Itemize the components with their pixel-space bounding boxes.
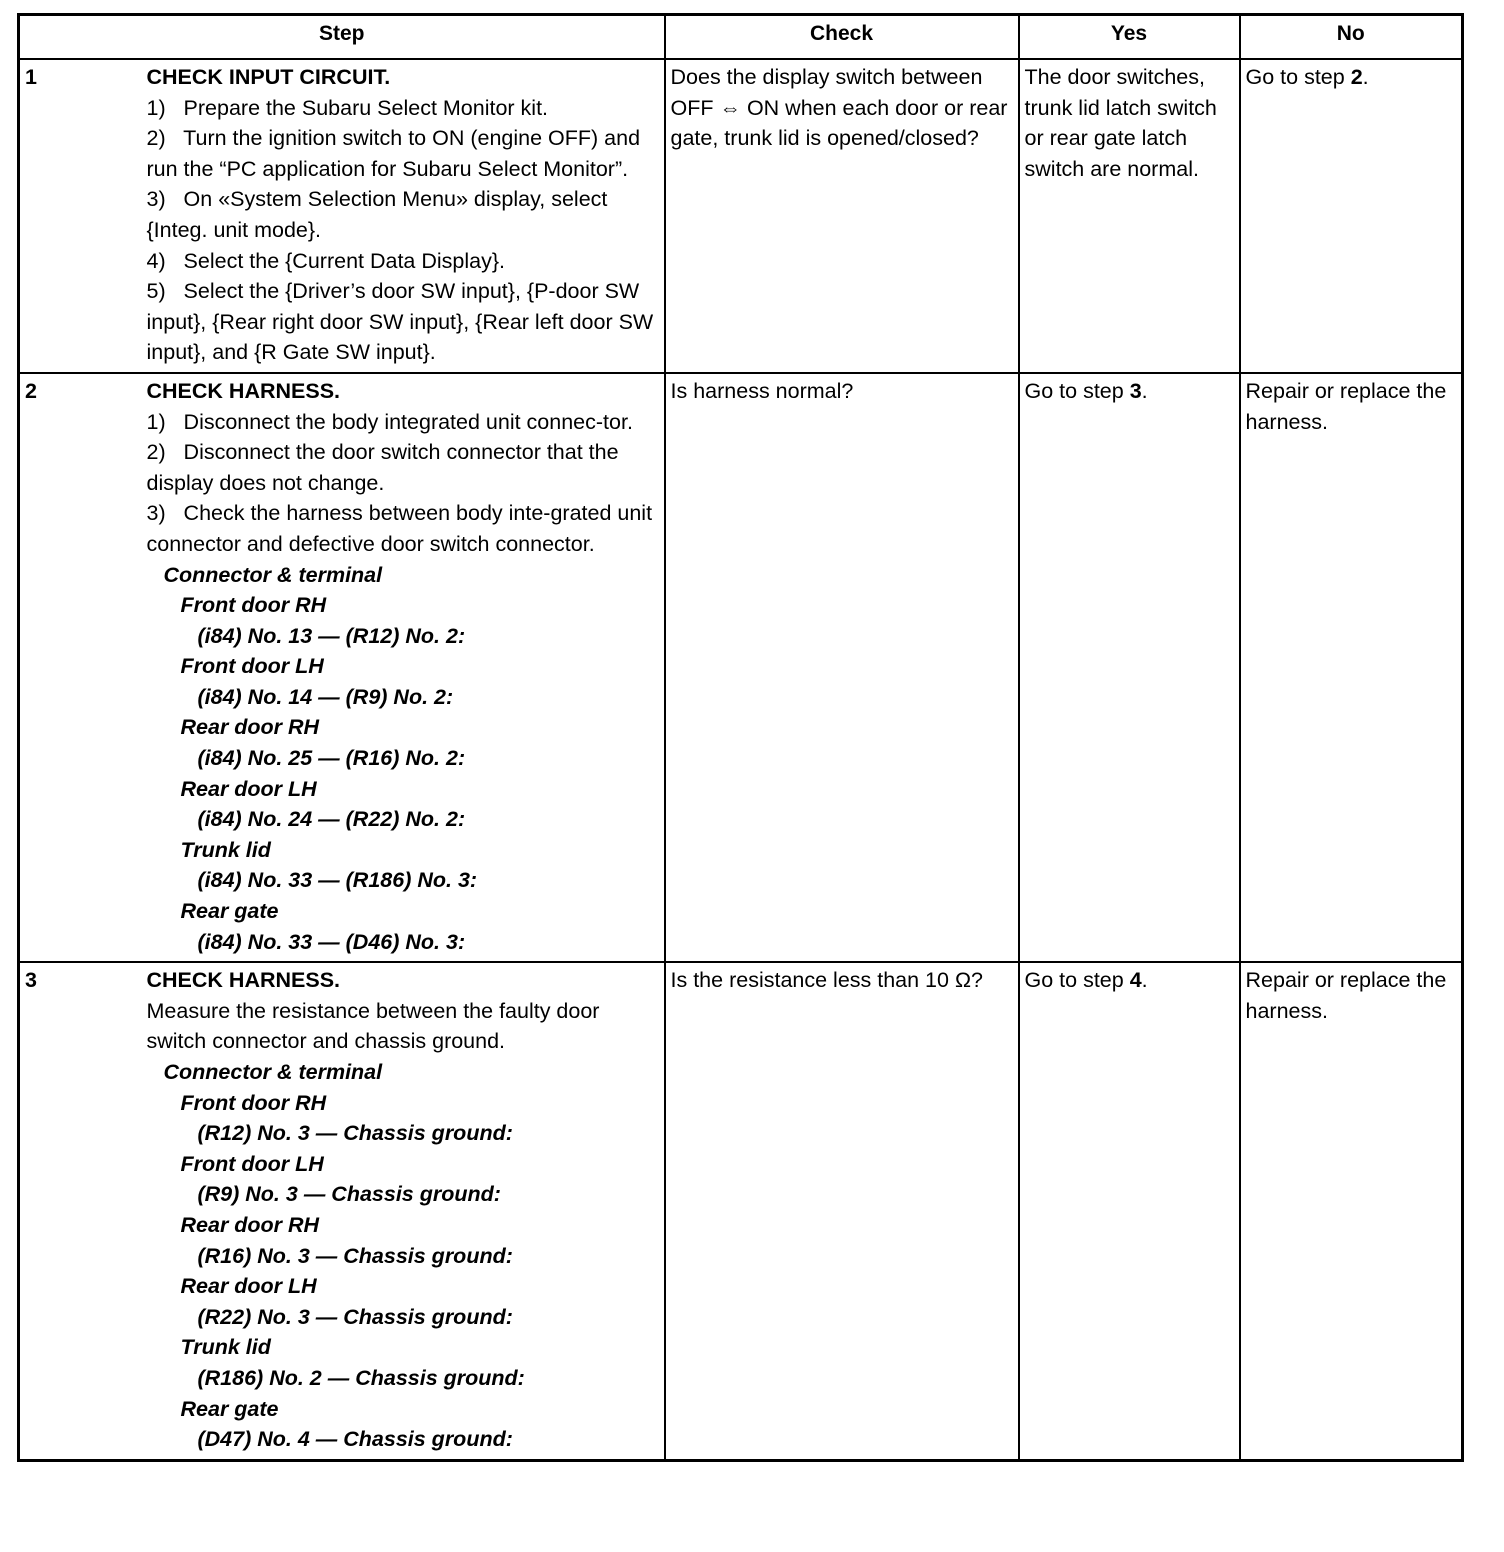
connector-label: Front door LH: [147, 651, 659, 682]
check-cell: Is harness normal?: [665, 373, 1019, 962]
connector-value: (i84) No. 33 — (D46) No. 3:: [147, 927, 659, 958]
instruction: 1) Prepare the Subaru Select Monitor kit…: [147, 93, 659, 124]
header-row: Step Check Yes No: [19, 15, 1463, 60]
check-cell: Does the display switch between OFF ⇔ ON…: [665, 59, 1019, 373]
step-link[interactable]: 4: [1130, 968, 1142, 992]
yes-cell: Go to step 4.: [1019, 962, 1240, 1460]
connector-heading: Connector & terminal: [147, 560, 659, 591]
connector-value: (R22) No. 3 — Chassis ground:: [147, 1302, 659, 1333]
yes-text: Go to step: [1025, 379, 1130, 403]
step-title: CHECK HARNESS.: [147, 376, 659, 407]
step-number: 3: [19, 962, 142, 1460]
diagnostic-table: Step Check Yes No 1 CHECK INPUT CIRCUIT.…: [17, 13, 1464, 1462]
check-cell: Is the resistance less than 10 Ω?: [665, 962, 1019, 1460]
instruction: 3) Check the harness between body inte-g…: [147, 498, 659, 559]
no-suffix: .: [1363, 65, 1369, 89]
step-number: 1: [19, 59, 142, 373]
step-link[interactable]: 2: [1351, 65, 1363, 89]
table-row: 1 CHECK INPUT CIRCUIT. 1) Prepare the Su…: [19, 59, 1463, 373]
no-cell: Repair or replace the harness.: [1240, 373, 1463, 962]
instruction: 5) Select the {Driver’s door SW input}, …: [147, 276, 659, 368]
instruction: 3) On «System Selection Menu» display, s…: [147, 184, 659, 245]
connector-value: (D47) No. 4 — Chassis ground:: [147, 1424, 659, 1455]
connector-value: (R16) No. 3 — Chassis ground:: [147, 1241, 659, 1272]
connector-value: (i84) No. 14 — (R9) No. 2:: [147, 682, 659, 713]
yes-cell: The door switches, trunk lid latch switc…: [1019, 59, 1240, 373]
step-link[interactable]: 3: [1130, 379, 1142, 403]
connector-value: (R12) No. 3 — Chassis ground:: [147, 1118, 659, 1149]
connector-value: (R186) No. 2 — Chassis ground:: [147, 1363, 659, 1394]
no-text: Go to step: [1246, 65, 1351, 89]
connector-value: (i84) No. 24 — (R22) No. 2:: [147, 804, 659, 835]
connector-heading: Connector & terminal: [147, 1057, 659, 1088]
connector-label: Rear door LH: [147, 774, 659, 805]
no-cell: Repair or replace the harness.: [1240, 962, 1463, 1460]
header-check: Check: [665, 15, 1019, 60]
connector-value: (i84) No. 25 — (R16) No. 2:: [147, 743, 659, 774]
table-row: 2 CHECK HARNESS. 1) Disconnect the body …: [19, 373, 1463, 962]
connector-label: Rear gate: [147, 896, 659, 927]
connector-label: Trunk lid: [147, 1332, 659, 1363]
step-title: CHECK INPUT CIRCUIT.: [147, 62, 659, 93]
connector-label: Rear door LH: [147, 1271, 659, 1302]
header-yes: Yes: [1019, 15, 1240, 60]
connector-value: (R9) No. 3 — Chassis ground:: [147, 1179, 659, 1210]
header-no: No: [1240, 15, 1463, 60]
connector-label: Front door RH: [147, 590, 659, 621]
connector-label: Rear door RH: [147, 1210, 659, 1241]
connector-label: Trunk lid: [147, 835, 659, 866]
yes-suffix: .: [1142, 379, 1148, 403]
connector-label: Rear gate: [147, 1394, 659, 1425]
no-cell: Go to step 2.: [1240, 59, 1463, 373]
connector-label: Rear door RH: [147, 712, 659, 743]
step-number: 2: [19, 373, 142, 962]
instruction: 2) Disconnect the door switch connector …: [147, 437, 659, 498]
table-row: 3 CHECK HARNESS. Measure the resistance …: [19, 962, 1463, 1460]
instruction: 2) Turn the ignition switch to ON (engin…: [147, 123, 659, 184]
connector-label: Front door LH: [147, 1149, 659, 1180]
yes-text: Go to step: [1025, 968, 1130, 992]
instruction: 1) Disconnect the body integrated unit c…: [147, 407, 659, 438]
instruction: 4) Select the {Current Data Display}.: [147, 246, 659, 277]
connector-label: Front door RH: [147, 1088, 659, 1119]
connector-value: (i84) No. 13 — (R12) No. 2:: [147, 621, 659, 652]
header-step: Step: [19, 15, 665, 60]
instruction: Measure the resistance between the fault…: [147, 996, 659, 1057]
yes-suffix: .: [1142, 968, 1148, 992]
step-cell: CHECK HARNESS. 1) Disconnect the body in…: [142, 373, 665, 962]
step-cell: CHECK HARNESS. Measure the resistance be…: [142, 962, 665, 1460]
yes-cell: Go to step 3.: [1019, 373, 1240, 962]
step-title: CHECK HARNESS.: [147, 965, 659, 996]
step-cell: CHECK INPUT CIRCUIT. 1) Prepare the Suba…: [142, 59, 665, 373]
connector-value: (i84) No. 33 — (R186) No. 3:: [147, 865, 659, 896]
